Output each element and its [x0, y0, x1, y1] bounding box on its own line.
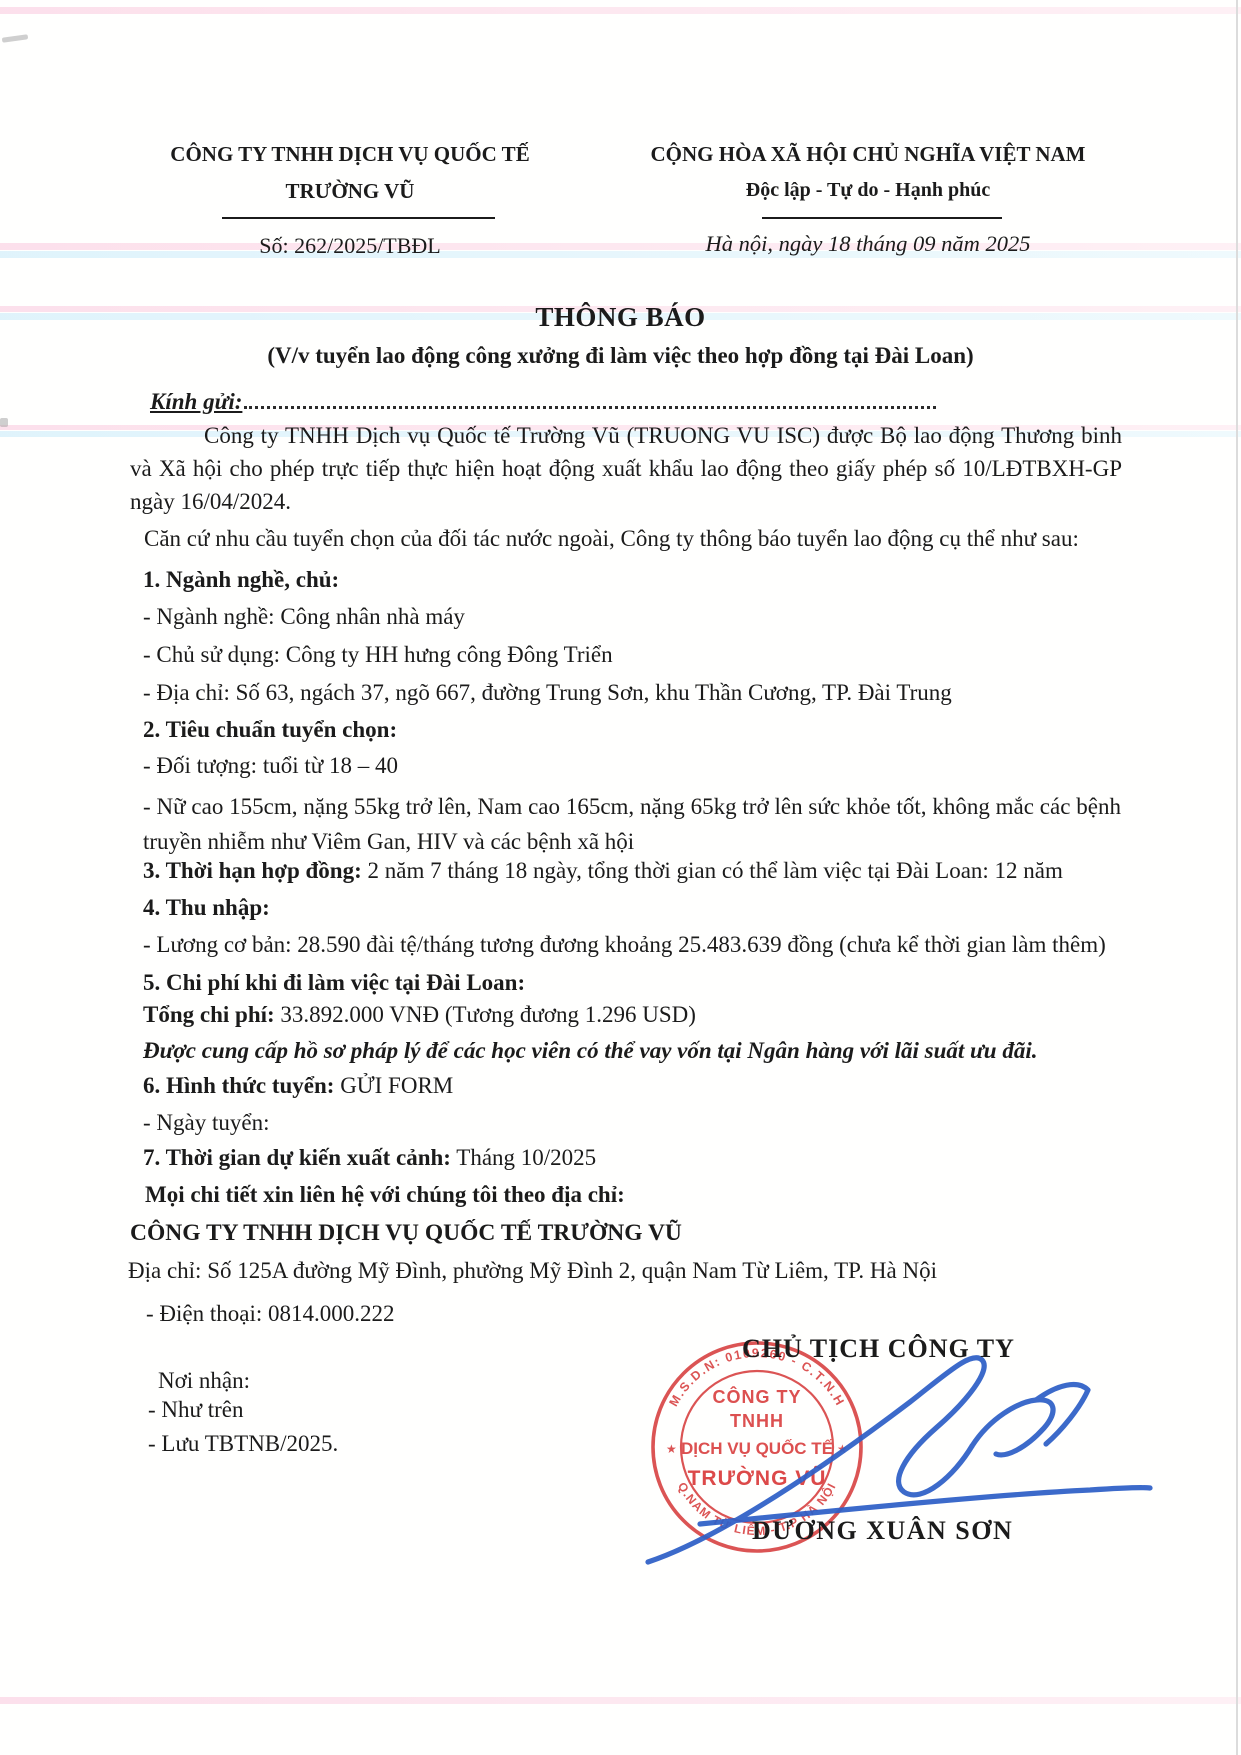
section5-total-line: Tổng chi phí: 33.892.000 VNĐ (Tương đươn…	[143, 1000, 696, 1030]
section1-item-trade: - Ngành nghề: Công nhân nhà máy	[143, 602, 465, 632]
section5-total-text: 33.892.000 VNĐ (Tương đương 1.296 USD)	[275, 1002, 696, 1027]
section5-note: Được cung cấp hồ sơ pháp lý để các học v…	[143, 1036, 1037, 1066]
contact-address: Địa chỉ: Số 125A đường Mỹ Đình, phường M…	[128, 1256, 937, 1286]
recipients-title: Nơi nhận:	[158, 1366, 250, 1396]
intro-basis: Căn cứ nhu cầu tuyển chọn của đối tác nư…	[144, 524, 1079, 554]
scan-stripe	[0, 1697, 1241, 1704]
national-motto-line2: Độc lập - Tự do - Hạnh phúc	[632, 172, 1104, 208]
section6-line: 6. Hình thức tuyển: GỬI FORM	[143, 1071, 453, 1101]
section3-line: 3. Thời hạn hợp đồng: 2 năm 7 tháng 18 n…	[143, 856, 1063, 886]
contact-intro: Mọi chi tiết xin liên hệ với chúng tôi t…	[145, 1180, 625, 1210]
header-left-rule	[222, 217, 495, 219]
intro-paragraph: Công ty TNHH Dịch vụ Quốc tế Trường Vũ (…	[130, 419, 1122, 518]
section3-label: 3. Thời hạn hợp đồng:	[143, 858, 362, 883]
section2-item-age: - Đối tượng: tuổi từ 18 – 40	[143, 751, 398, 781]
scan-smudge	[0, 418, 8, 427]
section6-label: 6. Hình thức tuyển:	[143, 1073, 334, 1098]
section7-line: 7. Thời gian dự kiến xuất cảnh: Tháng 10…	[143, 1143, 596, 1173]
section3-text: 2 năm 7 tháng 18 ngày, tổng thời gian có…	[362, 858, 1063, 883]
doc-date: Hà nội, ngày 18 tháng 09 năm 2025	[632, 229, 1104, 259]
signature-stroke-loop	[972, 1400, 1053, 1455]
section4-heading: 4. Thu nhập:	[143, 893, 270, 923]
header-company-line1: CÔNG TY TNHH DỊCH VỤ QUỐC TẾ	[140, 136, 560, 173]
section7-text: Tháng 10/2025	[451, 1145, 596, 1170]
signature-stroke-flourish	[1036, 1385, 1088, 1444]
section1-item-employer: - Chủ sử dụng: Công ty HH hưng công Đông…	[143, 640, 613, 670]
section4-item-salary: - Lương cơ bản: 28.590 đài tệ/tháng tươn…	[143, 930, 1106, 960]
document-page: CÔNG TY TNHH DỊCH VỤ QUỐC TẾ TRƯỜNG VŨ C…	[0, 0, 1241, 1755]
recipients-item-1: - Như trên	[148, 1395, 244, 1425]
scan-smudge	[2, 34, 28, 43]
scan-edge-line	[1236, 0, 1238, 1755]
page-subtitle: (V/v tuyển lao động công xưởng đi làm vi…	[0, 341, 1241, 371]
scan-stripe	[0, 7, 1241, 14]
signer-name: DƯƠNG XUÂN SƠN	[752, 1516, 1013, 1546]
salutation-line: Kính gửi:	[150, 383, 936, 417]
contact-phone: - Điện thoại: 0814.000.222	[146, 1299, 395, 1329]
header-company-block: CÔNG TY TNHH DỊCH VỤ QUỐC TẾ TRƯỜNG VŨ	[140, 136, 560, 210]
header-national-block: CỘNG HÒA XÃ HỘI CHỦ NGHĨA VIỆT NAM Độc l…	[632, 136, 1104, 208]
header-company-line2: TRƯỜNG VŨ	[140, 173, 560, 210]
section1-item-address: - Địa chỉ: Số 63, ngách 37, ngõ 667, đườ…	[143, 678, 952, 708]
section6-item-date: - Ngày tuyển:	[143, 1108, 269, 1138]
section2-heading: 2. Tiêu chuẩn tuyển chọn:	[143, 715, 397, 745]
salutation-label: Kính gửi:	[150, 389, 242, 414]
dotted-leader	[244, 383, 936, 409]
national-motto-line1: CỘNG HÒA XÃ HỘI CHỦ NGHĨA VIỆT NAM	[632, 136, 1104, 172]
recipients-item-2: - Lưu TBTNB/2025.	[148, 1429, 338, 1459]
contact-company: CÔNG TY TNHH DỊCH VỤ QUỐC TẾ TRƯỜNG VŨ	[130, 1218, 682, 1249]
section5-total-label: Tổng chi phí:	[143, 1002, 275, 1027]
doc-number: Số: 262/2025/TBĐL	[140, 231, 560, 260]
section7-label: 7. Thời gian dự kiến xuất cảnh:	[143, 1145, 451, 1170]
signer-title: CHỦ TỊCH CÔNG TY	[742, 1334, 1015, 1364]
section5-heading: 5. Chi phí khi đi làm việc tại Đài Loan:	[143, 968, 525, 998]
section2-item-health: - Nữ cao 155cm, nặng 55kg trở lên, Nam c…	[143, 789, 1121, 859]
header-right-rule	[762, 217, 1002, 219]
section1-heading: 1. Ngành nghề, chủ:	[143, 565, 339, 595]
section6-text: GỬI FORM	[334, 1073, 453, 1098]
page-title: THÔNG BÁO	[0, 300, 1241, 336]
